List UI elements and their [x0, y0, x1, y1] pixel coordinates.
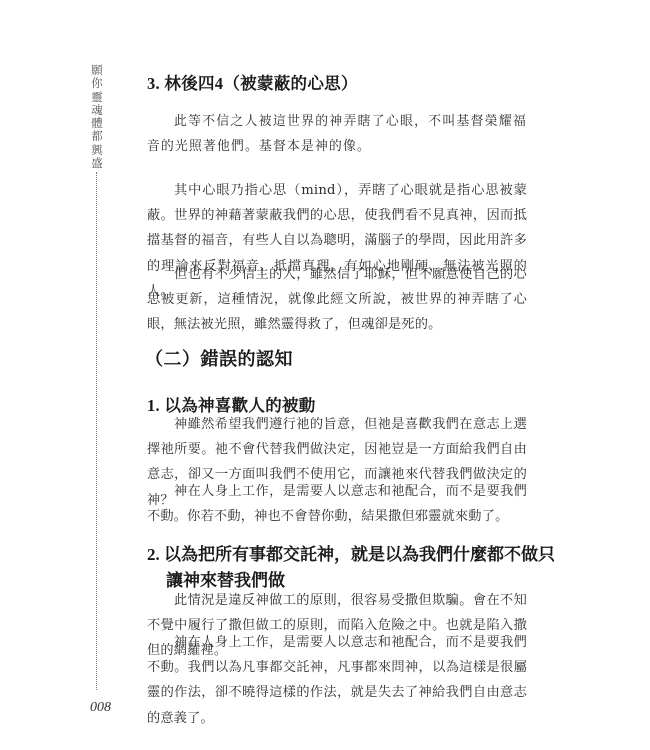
dotted-rule [96, 172, 97, 690]
scripture-quote: 此等不信之人被這世界的神弄瞎了心眼，不叫基督榮耀福音的光照著他們。基督本是神的像… [147, 109, 527, 159]
page-number: 008 [90, 700, 111, 716]
paragraph: 但也有不少信主的人，雖然信了耶穌，但不願意使自己的心思被更新，這種情況，就像此經… [147, 262, 527, 338]
subsection-heading: 2. 以為把所有事都交託神，就是以為我們什麼都不做只讓神來替我們做 [147, 542, 556, 594]
section-heading: （二）錯誤的認知 [145, 345, 293, 371]
running-head: 願你靈魂體都興盛 [89, 64, 105, 170]
paragraph: 神在人身上工作，是需要人以意志和祂配合，而不是要我們不動。我們以為凡事都交託神，… [147, 630, 527, 731]
section-heading-verse: 3. 林後四4（被蒙蔽的心思） [147, 70, 358, 94]
paragraph: 神在人身上工作，是需要人以意志和祂配合，而不是要我們不動。你若不動，神也不會替你… [147, 479, 527, 529]
